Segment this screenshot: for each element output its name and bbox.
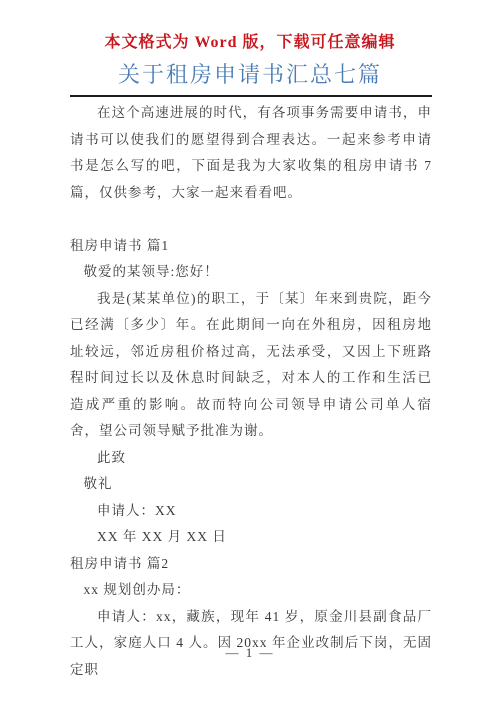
paragraph: 在这个高速进展的时代，有各项事务需要申请书，申请书可以使我们的愿望得到合理表达。… [70, 100, 432, 206]
document-page: 本文格式为 Word 版，下载可任意编辑 关于租房申请书汇总七篇 在这个高速进展… [0, 0, 500, 707]
paragraph: 租房申请书 篇1 [70, 233, 432, 260]
page-number: — 1 — [0, 645, 500, 661]
paragraph: 此致 [70, 445, 432, 472]
paragraph: 申请人：XX [70, 498, 432, 525]
paragraph: XX 年 XX 月 XX 日 [70, 524, 432, 551]
document-body: 在这个高速进展的时代，有各项事务需要申请书，申请书可以使我们的愿望得到合理表达。… [70, 97, 432, 683]
paragraph: 我是(某某单位)的职工，于〔某〕年来到贵院，距今已经满〔多少〕年。在此期间一向在… [70, 286, 432, 445]
paragraph: 租房申请书 篇2 [70, 551, 432, 578]
paragraph: xx 规划创办局： [70, 577, 432, 604]
paragraph: 敬礼 [70, 471, 432, 498]
format-notice: 本文格式为 Word 版，下载可任意编辑 [0, 0, 500, 53]
document-title: 关于租房申请书汇总七篇 [0, 62, 500, 88]
paragraph: 敬爱的某领导:您好！ [70, 259, 432, 286]
blank-line [70, 206, 432, 233]
paragraph: 申请人：xx，藏族，现年 41 岁，原金川县副食品厂工人，家庭人口 4 人。因 … [70, 604, 432, 684]
